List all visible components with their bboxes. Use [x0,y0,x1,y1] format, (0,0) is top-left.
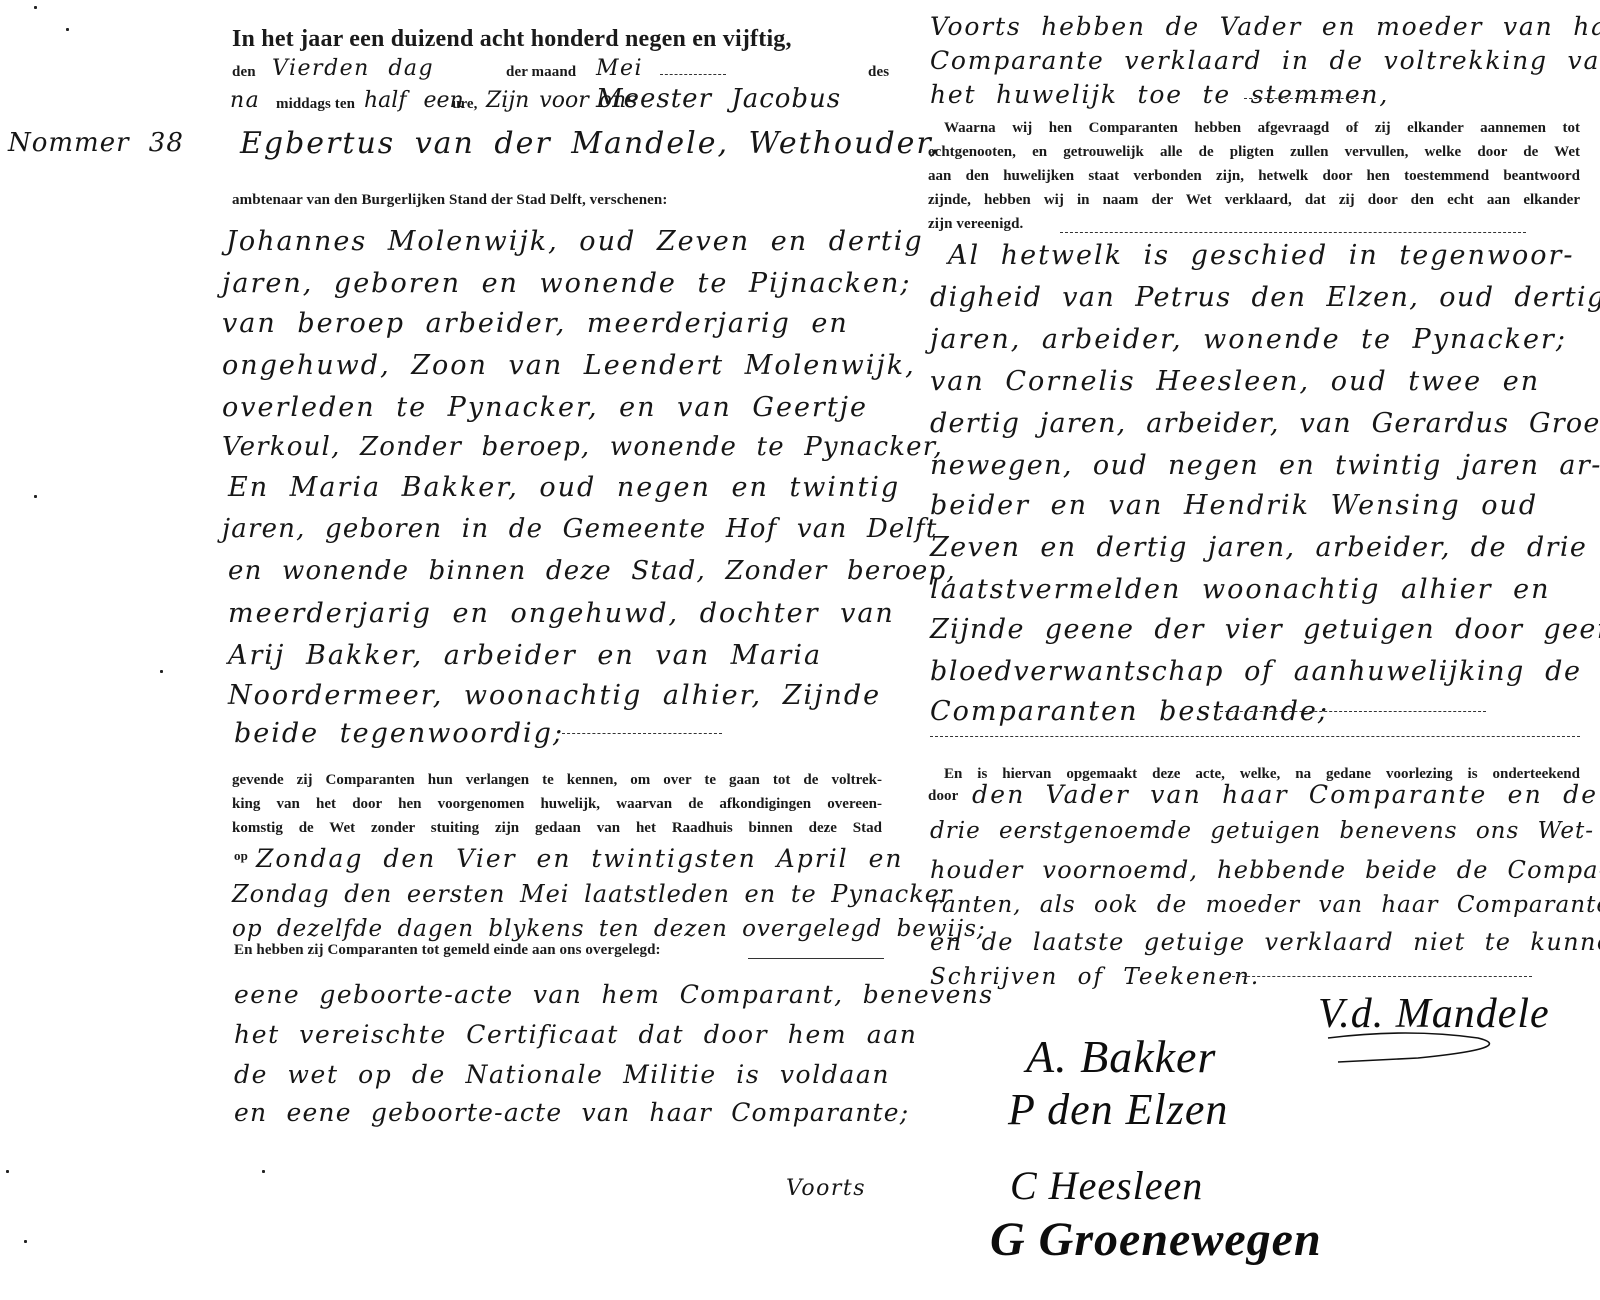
printed-line: echtgenooten, en getrouwelijk alle de pl… [928,144,1580,161]
witness-line: laatstvermelden woonachtig alhier en [930,574,1551,605]
fill-dash [1060,232,1526,233]
signature-witness-2: C Heesleen [1010,1162,1203,1209]
scan-speck [24,1240,27,1243]
printed-line: king van het door hen voorgenomen huweli… [232,796,882,813]
fill-dash [562,733,722,734]
document-line: en eene geboorte-acte van haar Comparant… [234,1098,909,1127]
document-heading: In het jaar een duizend acht honderd neg… [232,26,792,53]
bride-line: meerderjarig en ongehuwd, dochter van [228,598,895,629]
printed-line: komstig de Wet zonder stuiting zijn geda… [232,820,882,837]
consent-line: Comparante verklaard in de voltrekking v… [930,46,1600,75]
proclamation-line: op dezelfde dagen blykens ten dezen over… [232,916,986,942]
month-label: der maand [506,64,576,81]
scan-speck [34,495,37,498]
bride-line: Arij Bakker, arbeider en van Maria [228,640,822,671]
signature-witness-3: G Groenewegen [990,1212,1322,1267]
na-handwritten: na [230,88,260,113]
printed-line: aan den huwelijken staat verbonden zijn,… [928,168,1580,185]
witness-line: bloedverwantschap of aanhuwelijking de [930,656,1582,687]
bride-line: En Maria Bakker, oud negen en twintig [228,472,900,503]
signing-line: en de laatste getuige verklaard niet te … [930,928,1600,956]
day-handwritten: Vierden dag [272,56,434,81]
consent-line: Voorts hebben de Vader en moeder van haa… [930,12,1600,41]
fill-dash [1244,98,1364,99]
witness-line: Zijnde geene der vier getuigen door geen… [930,614,1600,645]
witness-line: digheid van Petrus den Elzen, oud dertig [930,282,1600,313]
consent-line: het huwelijk toe te stemmen, [930,80,1389,109]
signing-line: ranten, als ook de moeder van haar Compa… [930,892,1600,918]
witness-line: beider en van Hendrik Wensing oud [930,490,1538,521]
signature-flourish [1318,1030,1508,1070]
fill-dash [1220,711,1486,712]
bride-line: beide tegenwoordig; [234,718,564,749]
scan-speck [262,1170,265,1173]
signing-line: den Vader van haar Comparante en de [972,780,1598,809]
bride-line: en wonende binnen deze Stad, Zonder bero… [228,556,956,586]
signature-witness-1: P den Elzen [1008,1084,1228,1135]
witness-line: van Cornelis Heesleen, oud twee en [930,366,1540,397]
des-label: des [868,64,889,81]
printed-line: zijnde, hebben wij in naam der Wet verkl… [928,192,1580,209]
fill-line [748,958,884,959]
time-handwritten: half een [364,88,464,113]
separator-dash [930,736,1580,737]
signing-line: drie eerstgenoemde getuigen benevens ons… [930,818,1594,844]
document-line: het vereischte Certificaat dat door hem … [234,1020,917,1049]
month-handwritten: Mei [596,56,643,81]
document-line: de wet op de Nationale Militie is voldaa… [234,1060,890,1089]
fill-dash [1232,976,1532,977]
witness-line: jaren, arbeider, wonende te Pynacker; [930,324,1567,355]
groom-line: jaren, geboren en wonende te Pijnacken; [222,268,912,299]
document-line: eene geboorte-acte van hem Comparant, be… [234,980,994,1009]
scan-speck [160,670,163,673]
official-full-name: Egbertus van der Mandele, Wethouder, [240,126,941,161]
proclamation-line: Zondag den eersten Mei laatstleden en te… [232,880,952,908]
witness-line: Zeven en dertig jaren, arbeider, de drie [930,532,1587,563]
groom-line: Johannes Molenwijk, oud Zeven en dertig [226,226,924,257]
printed-line: zijn vereenigd. [928,216,1023,233]
scan-speck [34,6,37,9]
proclamation-line: Zondag den Vier en twintigsten April en [256,844,904,873]
documents-intro: En hebben zij Comparanten tot gemeld ein… [234,942,661,959]
ure-label: ure, [452,96,478,113]
bride-line: Noordermeer, woonachtig alhier, Zijnde [228,680,881,711]
record-number-margin-note: Nommer 38 [8,128,184,158]
den-label: den [232,64,256,81]
printed-line: gevende zij Comparanten hun verlangen te… [232,772,882,789]
bride-line: jaren, geboren in de Gemeente Hof van De… [222,514,938,544]
groom-line: Verkoul, Zonder beroep, wonende te Pynac… [222,432,943,462]
witness-line: dertig jaren, arbeider, van Gerardus Gro… [930,408,1600,439]
groom-line: van beroep arbeider, meerderjarig en [222,308,849,339]
groom-line: ongehuwd, Zoon van Leendert Molenwijk, [222,350,916,381]
scan-speck [66,28,69,31]
witness-line: Al hetwelk is geschied in tegenwoor- [948,240,1575,271]
signing-line: Schrijven of Teekenen. [930,964,1260,990]
official-role: ambtenaar van den Burgerlijken Stand der… [232,192,667,209]
middags-label: middags ten [276,96,355,113]
catchword: Voorts [786,1176,866,1201]
door-label: door [928,788,958,805]
signing-line: houder voornoemd, hebbende beide de Comp… [930,856,1600,884]
op-label: op [234,848,248,864]
scan-speck [6,1170,9,1173]
printed-line: Waarna wij hen Comparanten hebben afgevr… [944,120,1580,137]
fill-dash [660,74,726,75]
official-first-name: Meester Jacobus [596,84,841,114]
groom-line: overleden te Pynacker, en van Geertje [222,392,868,423]
witness-line: newegen, oud negen en twintig jaren ar- [930,450,1600,481]
signature-father: A. Bakker [1026,1030,1216,1083]
